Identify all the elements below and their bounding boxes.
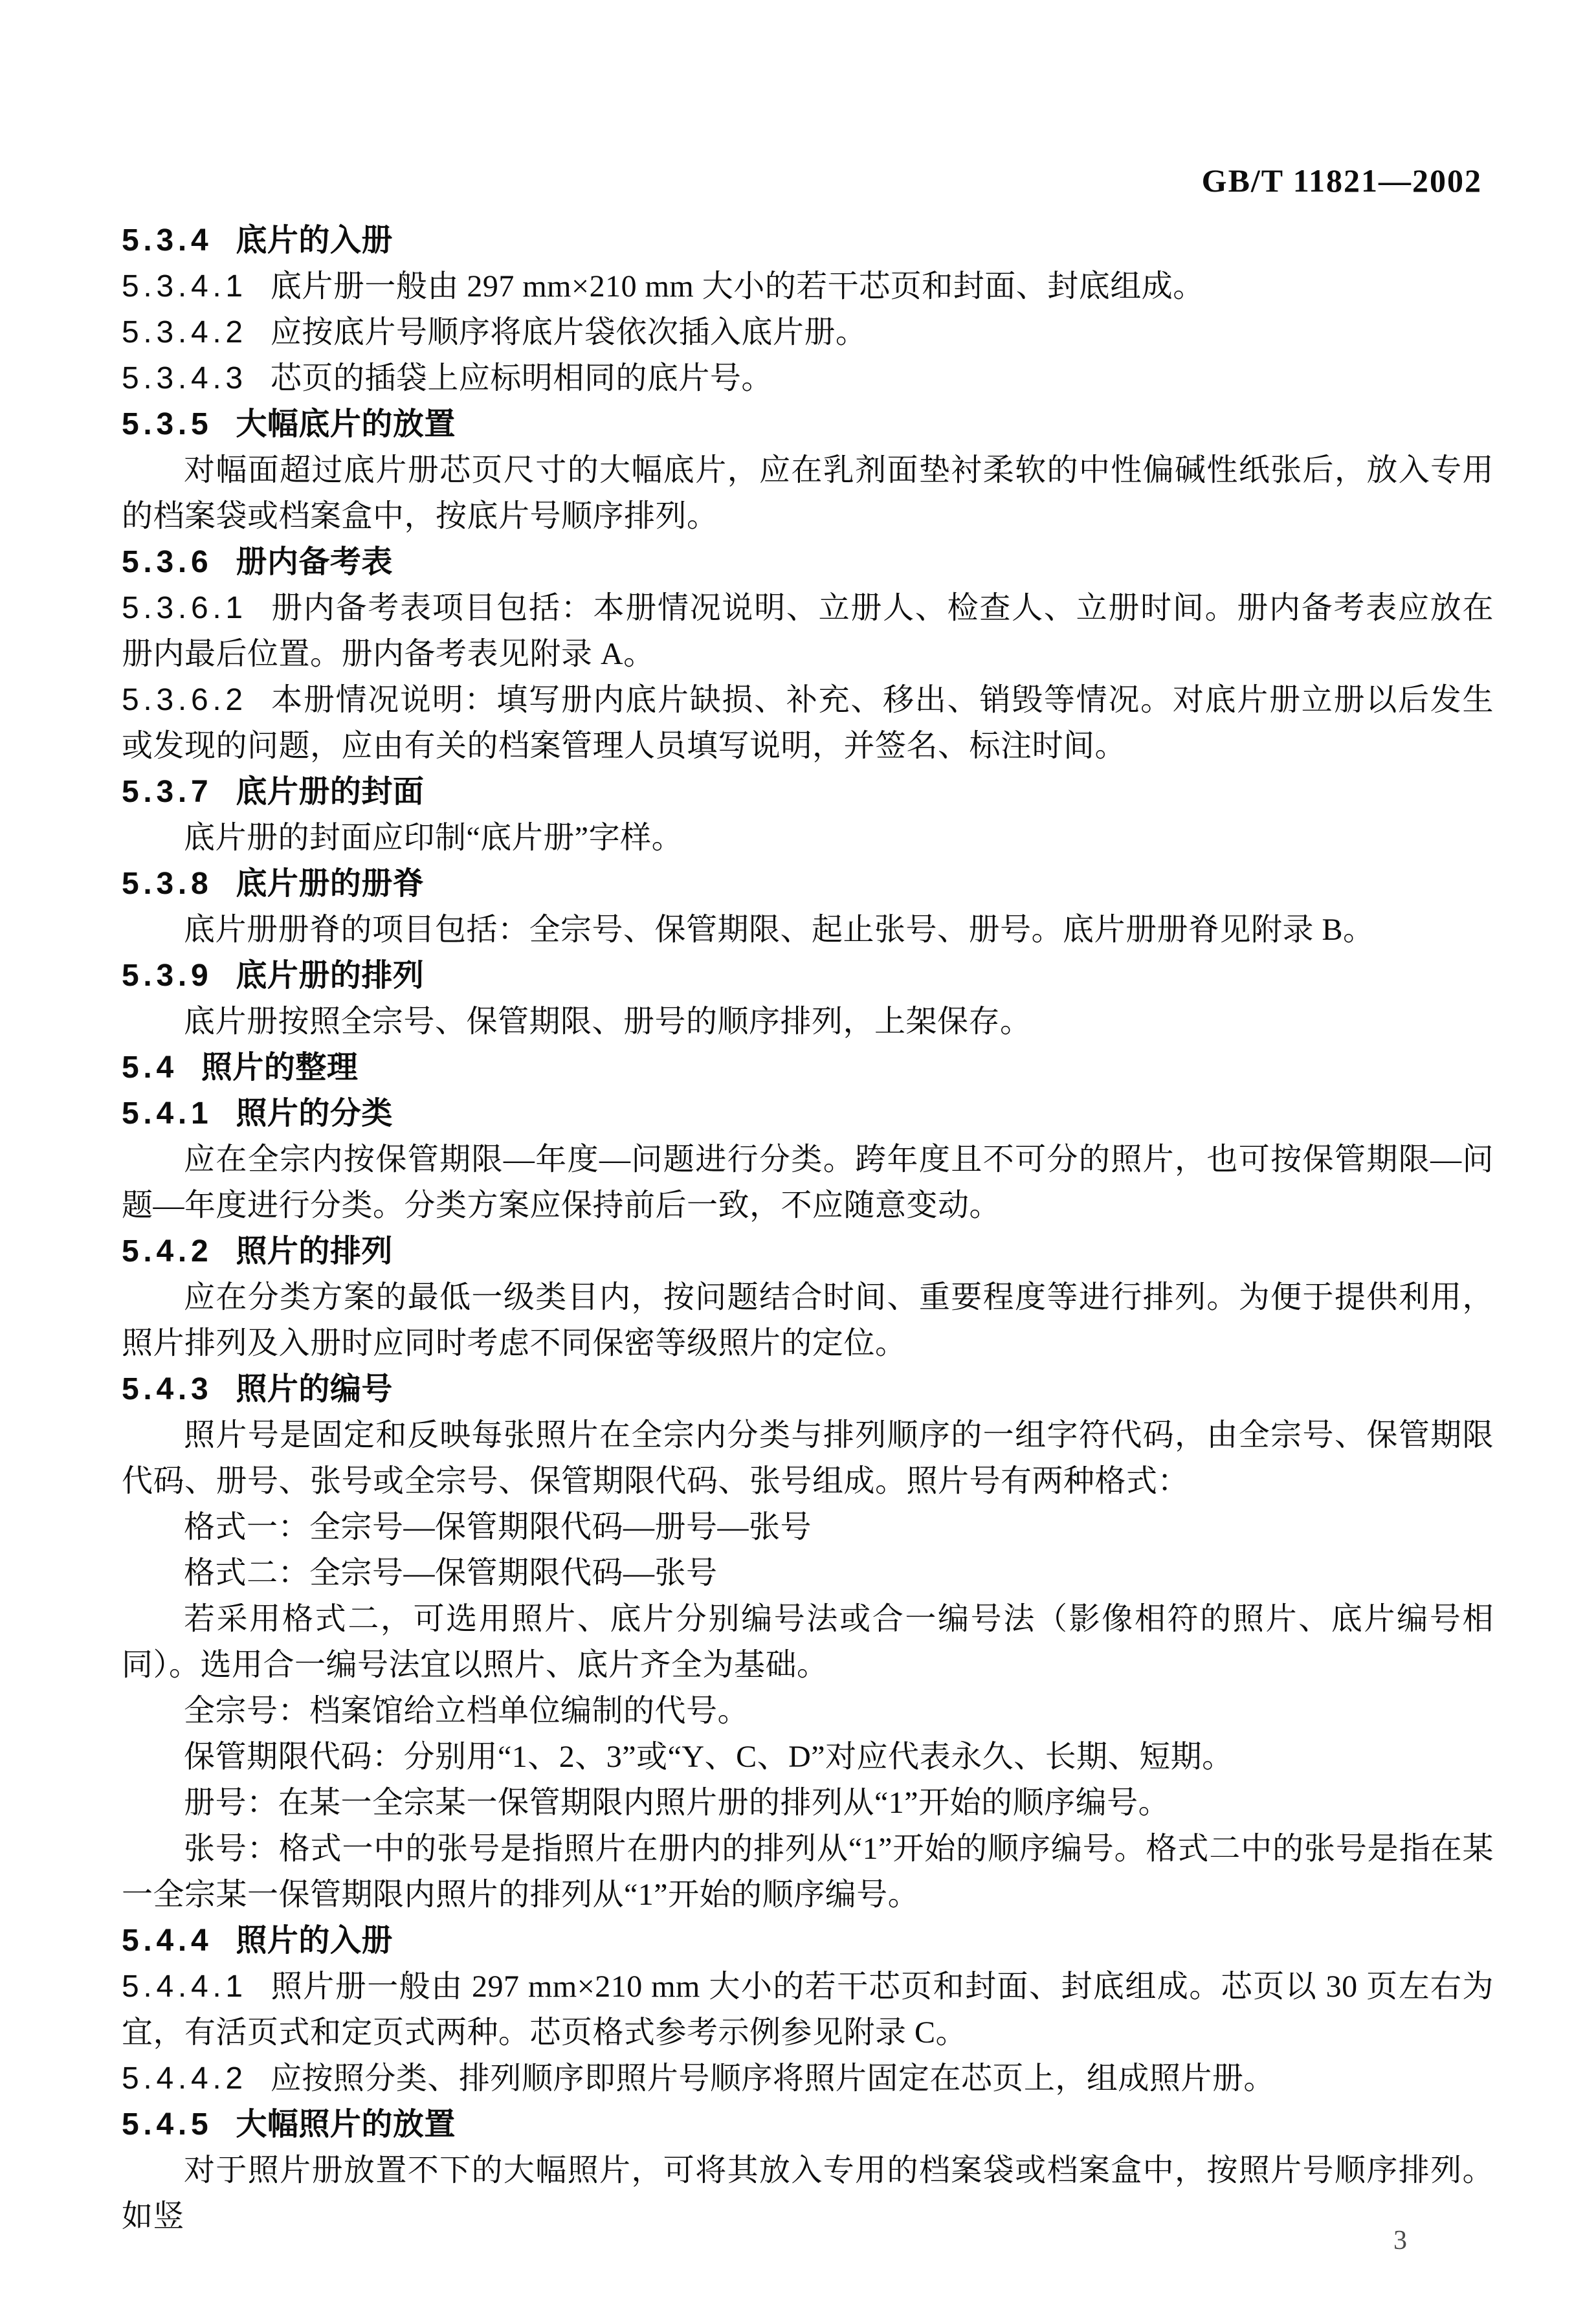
paragraph-text: 照片册一般由 297 mm×210 mm 大小的若干芯页和封面、封底组成。芯页以…	[122, 1969, 1494, 2050]
clause-number: 5.3.4.2	[122, 315, 247, 349]
paragraph-text: 若采用格式二，可选用照片、底片分别编号法或合一编号法（影像相符的照片、底片编号相…	[122, 1602, 1494, 1682]
page-number: 3	[1393, 2225, 1407, 2256]
section-number: 5.3.4	[122, 223, 212, 258]
section-title: 大幅底片的放置	[236, 407, 456, 441]
paragraph-text: 底片册册脊的项目包括：全宗号、保管期限、起止张号、册号。底片册册脊见附录 B。	[184, 913, 1375, 947]
paragraph-text: 格式一：全宗号—保管期限代码—册号—张号	[184, 1510, 812, 1544]
section-number: 5.4.4	[122, 1923, 212, 1958]
section-title: 照片的入册	[236, 1923, 393, 1958]
paragraph: 册号：在某一全宗某一保管期限内照片册的排列从“1”开始的顺序编号。	[122, 1780, 1494, 1826]
section-number: 5.4.3	[122, 1372, 212, 1406]
paragraph: 张号：格式一中的张号是指照片在册内的排列从“1”开始的顺序编号。格式二中的张号是…	[122, 1826, 1494, 1918]
paragraph: 5.3.6.2本册情况说明：填写册内底片缺损、补充、移出、销毁等情况。对底片册立…	[122, 677, 1494, 769]
paragraph-text: 册号：在某一全宗某一保管期限内照片册的排列从“1”开始的顺序编号。	[184, 1786, 1169, 1820]
section-title: 照片的排列	[236, 1234, 393, 1269]
paragraph: 5.3.4.1底片册一般由 297 mm×210 mm 大小的若干芯页和封面、封…	[122, 263, 1494, 309]
section-title: 底片的入册	[236, 223, 393, 258]
paragraph: 底片册按照全宗号、保管期限、册号的顺序排列，上架保存。	[122, 999, 1494, 1045]
content: 5.3.4底片的入册5.3.4.1底片册一般由 297 mm×210 mm 大小…	[122, 217, 1494, 2239]
clause-number: 5.3.4.3	[122, 361, 247, 395]
section-title: 底片册的册脊	[236, 867, 424, 901]
section-number: 5.4.1	[122, 1096, 212, 1131]
section-title: 照片的整理	[201, 1050, 359, 1085]
section-number: 5.3.8	[122, 867, 212, 901]
paragraph-text: 应按底片号顺序将底片袋依次插入底片册。	[271, 315, 867, 349]
paragraph: 应在分类方案的最低一级类目内，按问题结合时间、重要程度等进行排列。为便于提供利用…	[122, 1274, 1494, 1366]
section-heading: 5.3.5大幅底片的放置	[122, 401, 1494, 447]
section-heading: 5.3.7底片册的封面	[122, 769, 1494, 815]
paragraph-text: 保管期限代码：分别用“1、2、3”或“Y、C、D”对应代表永久、长期、短期。	[184, 1740, 1234, 1774]
section-title: 大幅照片的放置	[236, 2107, 456, 2142]
section-heading: 5.4.4照片的入册	[122, 1918, 1494, 1964]
section-heading: 5.3.4底片的入册	[122, 217, 1494, 263]
section-title: 册内备考表	[236, 545, 393, 579]
section-heading: 5.4.3照片的编号	[122, 1366, 1494, 1412]
paragraph: 保管期限代码：分别用“1、2、3”或“Y、C、D”对应代表永久、长期、短期。	[122, 1734, 1494, 1780]
paragraph: 对于照片册放置不下的大幅照片，可将其放入专用的档案袋或档案盒中，按照片号顺序排列…	[122, 2147, 1494, 2239]
paragraph-text: 对于照片册放置不下的大幅照片，可将其放入专用的档案袋或档案盒中，按照片号顺序排列…	[122, 2153, 1494, 2234]
paragraph: 照片号是固定和反映每张照片在全宗内分类与排列顺序的一组字符代码，由全宗号、保管期…	[122, 1412, 1494, 1504]
section-title: 照片的编号	[236, 1372, 393, 1406]
document-page: GB/T 11821—2002 5.3.4底片的入册5.3.4.1底片册一般由 …	[0, 0, 1596, 2317]
paragraph-text: 格式二：全宗号—保管期限代码—张号	[184, 1556, 718, 1590]
section-heading: 5.4.5大幅照片的放置	[122, 2101, 1494, 2147]
section-number: 5.3.5	[122, 407, 212, 441]
paragraph: 5.3.4.2应按底片号顺序将底片袋依次插入底片册。	[122, 309, 1494, 355]
section-heading: 5.3.6册内备考表	[122, 539, 1494, 585]
section-number: 5.3.9	[122, 959, 212, 993]
paragraph-text: 芯页的插袋上应标明相同的底片号。	[271, 361, 773, 395]
paragraph-text: 册内备考表项目包括：本册情况说明、立册人、检查人、立册时间。册内备考表应放在册内…	[122, 591, 1494, 671]
section-heading: 5.3.9底片册的排列	[122, 953, 1494, 999]
paragraph-text: 本册情况说明：填写册内底片缺损、补充、移出、销毁等情况。对底片册立册以后发生或发…	[122, 683, 1494, 763]
paragraph: 5.3.4.3芯页的插袋上应标明相同的底片号。	[122, 355, 1494, 401]
paragraph: 5.4.4.2应按照分类、排列顺序即照片号顺序将照片固定在芯页上，组成照片册。	[122, 2056, 1494, 2101]
paragraph-text: 底片册一般由 297 mm×210 mm 大小的若干芯页和封面、封底组成。	[271, 269, 1204, 304]
clause-number: 5.3.6.1	[122, 591, 247, 625]
section-number: 5.3.6	[122, 545, 212, 579]
paragraph-text: 应在分类方案的最低一级类目内，按问题结合时间、重要程度等进行排列。为便于提供利用…	[122, 1280, 1494, 1360]
paragraph-text: 底片册按照全宗号、保管期限、册号的顺序排列，上架保存。	[184, 1004, 1032, 1039]
paragraph: 应在全宗内按保管期限—年度—问题进行分类。跨年度且不可分的照片，也可按保管期限—…	[122, 1136, 1494, 1228]
paragraph: 格式一：全宗号—保管期限代码—册号—张号	[122, 1504, 1494, 1550]
clause-number: 5.4.4.1	[122, 1969, 247, 2004]
clause-number: 5.3.6.2	[122, 683, 247, 717]
clause-number: 5.4.4.2	[122, 2061, 247, 2096]
section-heading: 5.4.2照片的排列	[122, 1228, 1494, 1274]
clause-number: 5.3.4.1	[122, 269, 247, 304]
section-title: 底片册的排列	[236, 959, 424, 993]
paragraph-text: 全宗号：档案馆给立档单位编制的代号。	[184, 1694, 749, 1728]
paragraph: 全宗号：档案馆给立档单位编制的代号。	[122, 1688, 1494, 1734]
section-number: 5.3.7	[122, 775, 212, 809]
paragraph-text: 照片号是固定和反映每张照片在全宗内分类与排列顺序的一组字符代码，由全宗号、保管期…	[122, 1418, 1494, 1498]
section-title: 照片的分类	[236, 1096, 393, 1131]
paragraph: 5.4.4.1照片册一般由 297 mm×210 mm 大小的若干芯页和封面、封…	[122, 1964, 1494, 2056]
paragraph-text: 对幅面超过底片册芯页尺寸的大幅底片，应在乳剂面垫衬柔软的中性偏碱性纸张后，放入专…	[122, 453, 1494, 533]
section-number: 5.4.5	[122, 2107, 212, 2142]
paragraph: 5.3.6.1册内备考表项目包括：本册情况说明、立册人、检查人、立册时间。册内备…	[122, 585, 1494, 677]
paragraph: 对幅面超过底片册芯页尺寸的大幅底片，应在乳剂面垫衬柔软的中性偏碱性纸张后，放入专…	[122, 447, 1494, 539]
paragraph: 格式二：全宗号—保管期限代码—张号	[122, 1550, 1494, 1596]
paragraph-text: 应按照分类、排列顺序即照片号顺序将照片固定在芯页上，组成照片册。	[271, 2061, 1275, 2096]
paragraph: 底片册册脊的项目包括：全宗号、保管期限、起止张号、册号。底片册册脊见附录 B。	[122, 907, 1494, 953]
section-heading: 5.4照片的整理	[122, 1045, 1494, 1091]
section-title: 底片册的封面	[236, 775, 424, 809]
standard-code-header: GB/T 11821—2002	[1202, 162, 1482, 199]
paragraph: 若采用格式二，可选用照片、底片分别编号法或合一编号法（影像相符的照片、底片编号相…	[122, 1596, 1494, 1688]
paragraph-text: 张号：格式一中的张号是指照片在册内的排列从“1”开始的顺序编号。格式二中的张号是…	[122, 1832, 1494, 1912]
paragraph-text: 应在全宗内按保管期限—年度—问题进行分类。跨年度且不可分的照片，也可按保管期限—…	[122, 1142, 1494, 1223]
section-heading: 5.3.8底片册的册脊	[122, 861, 1494, 907]
section-heading: 5.4.1照片的分类	[122, 1091, 1494, 1136]
paragraph-text: 底片册的封面应印制“底片册”字样。	[184, 821, 683, 855]
paragraph: 底片册的封面应印制“底片册”字样。	[122, 815, 1494, 861]
section-number: 5.4.2	[122, 1234, 212, 1269]
section-number: 5.4	[122, 1050, 178, 1085]
